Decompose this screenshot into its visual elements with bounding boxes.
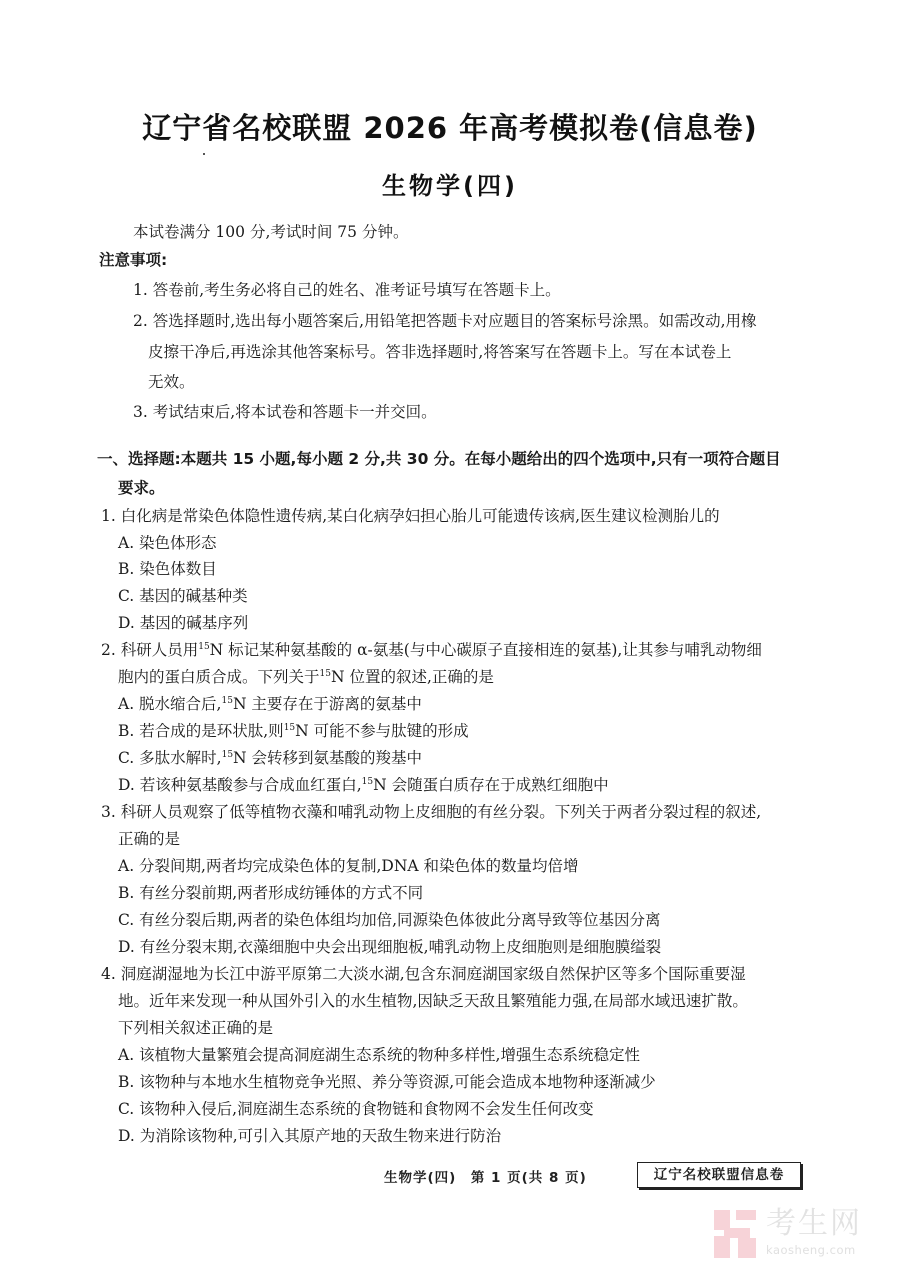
watermark-name: 考生网 [766, 1207, 862, 1241]
question-1-option-c: C. 基因的碱基种类 [118, 586, 248, 606]
question-3-stem-line-1: 3. 科研人员观察了低等植物衣藻和哺乳动物上皮细胞的有丝分裂。下列关于两者分裂过… [101, 802, 761, 822]
notice-item-2-line-2: 皮擦干净后,再选涂其他答案标号。答非选择题时,将答案写在答题卡上。写在本试卷上 [148, 342, 731, 362]
exam-page: 辽宁省名校联盟 2026 年高考模拟卷(信息卷) 生物学(四) 本试卷满分 10… [0, 0, 900, 1273]
question-4-stem-line-1: 4. 洞庭湖湿地为长江中游平原第二大淡水湖,包含东洞庭湖国家级自然保护区等多个国… [101, 964, 746, 984]
question-2-option-c: C. 多肽水解时,15N 会转移到氨基酸的羧基中 [118, 748, 422, 768]
exam-subtitle: 生物学(四) [0, 166, 900, 201]
question-4-stem-line-3: 下列相关叙述正确的是 [118, 1018, 273, 1038]
footer-badge: 辽宁名校联盟信息卷 [637, 1162, 801, 1188]
question-2-option-d: D. 若该种氨基酸参与合成血红蛋白,15N 会随蛋白质存在于成熟红细胞中 [118, 775, 609, 795]
exam-title: 辽宁省名校联盟 2026 年高考模拟卷(信息卷) [0, 106, 900, 147]
question-1-option-b: B. 染色体数目 [118, 559, 217, 579]
section-heading-line-2: 要求。 [118, 478, 165, 498]
question-4-option-c: C. 该物种入侵后,洞庭湖生态系统的食物链和食物网不会发生任何改变 [118, 1099, 594, 1119]
notice-heading: 注意事项: [99, 250, 167, 270]
question-3-option-a: A. 分裂间期,两者均完成染色体的复制,DNA 和染色体的数量均倍增 [118, 856, 579, 876]
question-3-option-b: B. 有丝分裂前期,两者形成纺锤体的方式不同 [118, 883, 423, 903]
notice-item-3: 3. 考试结束后,将本试卷和答题卡一并交回。 [133, 402, 437, 422]
question-1-option-a: A. 染色体形态 [118, 533, 217, 553]
question-2-stem-line-1: 2. 科研人员用15N 标记某种氨基酸的 α-氨基(与中心碳原子直接相连的氨基)… [101, 640, 762, 660]
watermark: 考生网 kaosheng.com [714, 1207, 894, 1263]
question-1-stem: 1. 白化病是常染色体隐性遗传病,某白化病孕妇担心胎儿可能遗传该病,医生建议检测… [101, 506, 720, 526]
page-footer-info: 生物学(四) 第 1 页(共 8 页) [384, 1166, 587, 1186]
question-2-option-b: B. 若合成的是环状肽,则15N 可能不参与肽键的形成 [118, 721, 469, 741]
section-heading-line-1: 一、选择题:本题共 15 小题,每小题 2 分,共 30 分。在每小题给出的四个… [97, 449, 781, 469]
question-4-option-b: B. 该物种与本地水生植物竞争光照、养分等资源,可能会造成本地物种逐渐减少 [118, 1072, 656, 1092]
question-1-option-d: D. 基因的碱基序列 [118, 613, 248, 633]
watermark-logo-icon [714, 1210, 758, 1258]
question-3-option-c: C. 有丝分裂后期,两者的染色体组均加倍,同源染色体彼此分离导致等位基因分离 [118, 910, 661, 930]
question-3-option-d: D. 有丝分裂末期,衣藻细胞中央会出现细胞板,哺乳动物上皮细胞则是细胞膜缢裂 [118, 937, 661, 957]
question-4-stem-line-2: 地。近年来发现一种从国外引入的水生植物,因缺乏天敌且繁殖能力强,在局部水域迅速扩… [118, 991, 748, 1011]
score-time-info: 本试卷满分 100 分,考试时间 75 分钟。 [133, 222, 408, 242]
question-2-stem-line-2: 胞内的蛋白质合成。下列关于15N 位置的叙述,正确的是 [118, 667, 494, 687]
notice-item-2-line-1: 2. 答选择题时,选出每小题答案后,用铅笔把答题卡对应题目的答案标号涂黑。如需改… [133, 311, 757, 331]
question-4-option-d: D. 为消除该物种,可引入其原产地的天敌生物来进行防治 [118, 1126, 501, 1146]
question-4-option-a: A. 该植物大量繁殖会提高洞庭湖生态系统的物种多样性,增强生态系统稳定性 [118, 1045, 640, 1065]
notice-item-2-line-3: 无效。 [148, 372, 195, 392]
scan-speck [203, 153, 205, 155]
notice-item-1: 1. 答卷前,考生务必将自己的姓名、准考证号填写在答题卡上。 [133, 280, 561, 300]
question-3-stem-line-2: 正确的是 [118, 829, 180, 849]
watermark-domain: kaosheng.com [766, 1243, 856, 1257]
question-2-option-a: A. 脱水缩合后,15N 主要存在于游离的氨基中 [118, 694, 422, 714]
